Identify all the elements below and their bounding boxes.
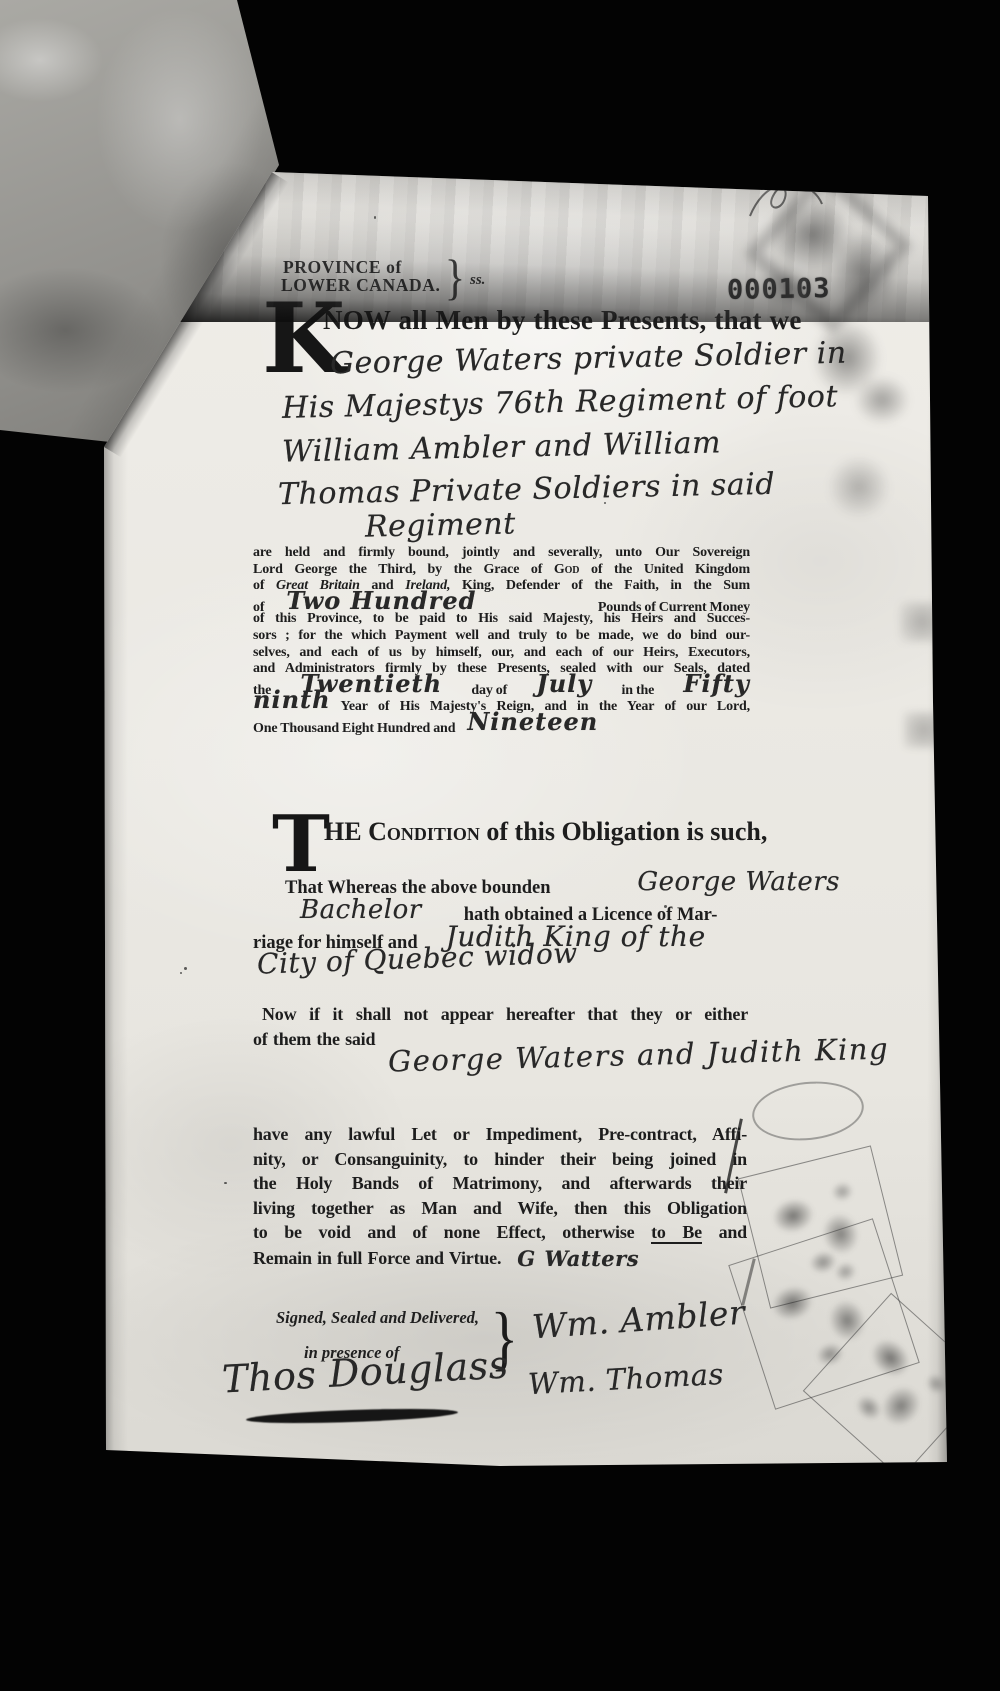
obligor-script-line-3: William Ambler and William	[282, 425, 722, 469]
bond-text: of	[253, 578, 276, 593]
proviso-line-2: of them the said	[253, 1027, 375, 1052]
bond-line: Lord George the Third, by the Grace of G…	[253, 562, 750, 579]
year-handwritten: Nineteen	[467, 707, 598, 736]
bond-line: sors ; for the which Payment well and tr…	[253, 628, 750, 645]
condition-heading: HE Condition of this Obligation is such,	[324, 817, 767, 847]
attestation-line-1: Signed, Sealed and Delivered,	[276, 1308, 479, 1328]
sum-handwritten: Two Hundred	[286, 593, 476, 610]
impediment-line: the Holy Bands of Matrimony, and afterwa…	[253, 1171, 747, 1196]
condition-heading-smallcaps: Condition	[368, 817, 480, 846]
marriage-bond-document: PROVINCE of LOWER CANADA. } ss. 000103 K…	[104, 172, 947, 1468]
bond-text: Lord George the Third, by the Grace of	[253, 562, 554, 577]
ink-stain	[784, 302, 924, 442]
impediment-line: living together as Man and Wife, then th…	[253, 1196, 747, 1221]
condition-heading-text: HE	[324, 817, 368, 846]
month-handwritten: July	[536, 676, 592, 693]
bond-text: King, Defender of the Faith, in the Sum	[450, 578, 750, 593]
province-line-1: PROVINCE of	[283, 258, 402, 276]
ink-speck	[664, 905, 667, 908]
regnal-year-handwritten-2: ninth	[253, 685, 331, 714]
obligor-script-line-5: Regiment	[365, 506, 516, 544]
impediment-line: to be void and of none Effect, otherwise…	[253, 1220, 747, 1245]
obligor-signature-thomas: Wm. Thomas	[527, 1357, 724, 1401]
couple-names-handwritten: George Waters and Judith King	[388, 1031, 890, 1078]
bond-text: of the United Kingdom	[579, 562, 750, 577]
proviso-line-1: Now if it shall not appear hereafter tha…	[262, 1002, 748, 1027]
ink-speck	[224, 1182, 227, 1184]
impediment-paragraph: have any lawful Let or Impediment, Pre-c…	[253, 1122, 747, 1270]
bond-line: are held and firmly bound, jointly and s…	[253, 545, 750, 562]
ink-speck	[604, 502, 606, 504]
signature-flourish	[246, 1406, 458, 1425]
ink-stain	[804, 427, 914, 547]
regnal-year-handwritten: Fifty	[683, 676, 750, 693]
impediment-text-underlined: to Be	[651, 1222, 702, 1244]
groom-status-handwritten: Bachelor	[300, 895, 422, 925]
groom-signature-handwritten: G Watters	[517, 1246, 639, 1271]
bond-text: One Thousand Eight Hundred and	[253, 721, 455, 736]
obligor-signature-ambler: Wm. Ambler	[531, 1293, 746, 1347]
impediment-line-last: Remain in full Force and Virtue.G Watter…	[253, 1245, 747, 1271]
impediment-text: to be void and of none Effect, otherwise	[253, 1222, 651, 1242]
bond-line: selves, and each of us by himself, our, …	[253, 645, 750, 662]
impediment-text: Remain in full Force and Virtue.	[253, 1248, 501, 1268]
ink-smudge	[900, 602, 945, 642]
ss-abbreviation: ss.	[470, 272, 485, 289]
obligor-script-line-4: Thomas Private Soldiers in said	[278, 467, 776, 512]
bond-line-year: One Thousand Eight Hundred andNineteen	[253, 716, 750, 738]
obligor-script-line-1: George Waters private Soldier in	[330, 336, 847, 382]
bond-text-smallcaps: God	[554, 562, 579, 577]
groom-name-handwritten: George Waters	[637, 867, 840, 897]
scanned-document-photo: PROVINCE of LOWER CANADA. } ss. 000103 K…	[0, 0, 1000, 1691]
impediment-line: nity, or Consanguinity, to hinder their …	[253, 1147, 747, 1172]
obligor-script-line-2: His Majestys 76th Regiment of foot	[282, 379, 839, 426]
ink-speck	[180, 972, 182, 974]
header-brace: }	[445, 252, 465, 302]
opening-line: NOW all Men by these Presents, that we	[323, 305, 802, 336]
ink-speck	[184, 967, 187, 970]
ink-speck	[374, 216, 376, 219]
impediment-line: have any lawful Let or Impediment, Pre-c…	[253, 1122, 747, 1147]
bond-line-sum: ofTwo HundredPounds of Current Money	[253, 595, 750, 612]
seal-ellipse-outline	[749, 1076, 866, 1145]
witness-signature: Thos Douglass	[221, 1343, 510, 1402]
condition-heading-text: of this Obligation is such,	[480, 817, 768, 846]
bond-paragraph: are held and firmly bound, jointly and s…	[253, 545, 750, 738]
impediment-text: and	[702, 1222, 747, 1242]
drop-cap-t: T	[272, 814, 330, 876]
ink-smudge	[904, 712, 944, 748]
